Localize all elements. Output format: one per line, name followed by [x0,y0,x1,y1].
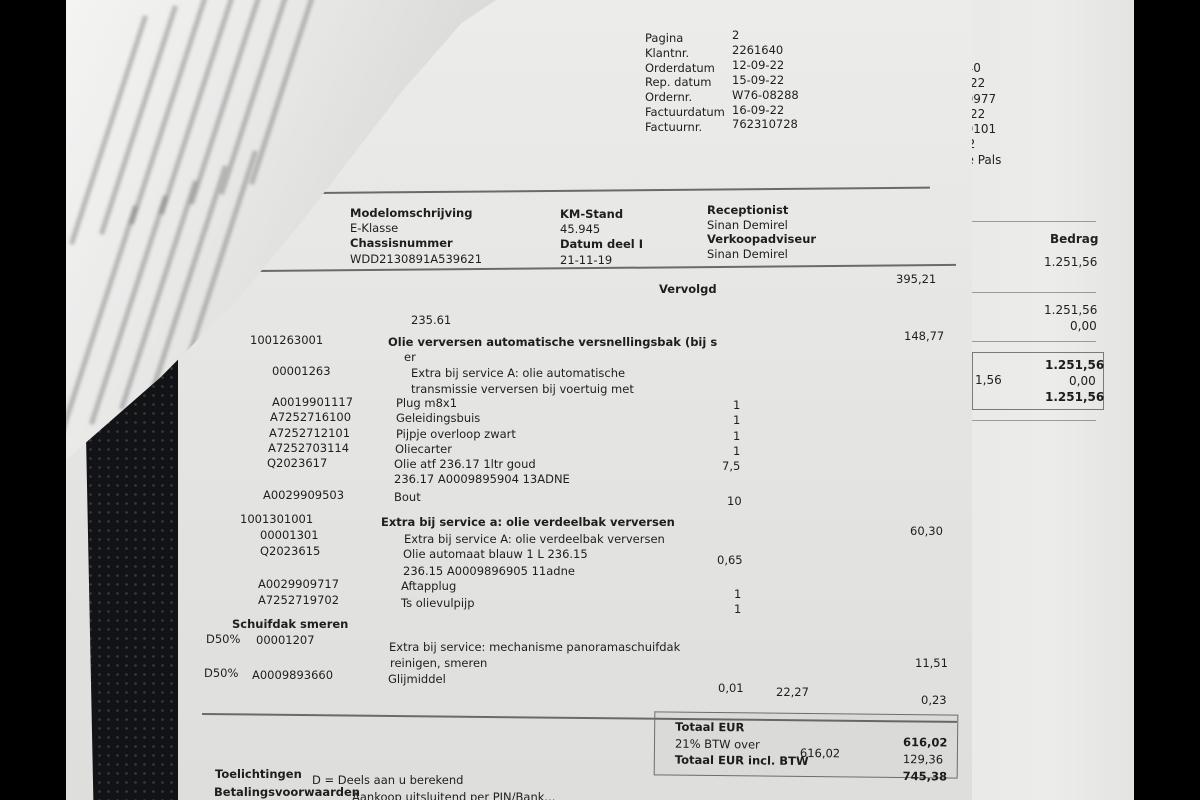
chassis-label: Chassisnummer [350,236,453,250]
header-label: Pagina [645,31,683,45]
line-amount: 11,51 [915,656,948,670]
part-desc: Olie automaat blauw 1 L 236.15 [403,547,588,561]
advisor-value: Sinan Demirel [707,247,788,261]
repair-date: 15-09-22 [732,73,784,87]
back-amount-header: Bedrag [1050,232,1098,246]
model-value: E-Klasse [350,221,398,235]
part-code: A0009893660 [252,668,333,682]
part-desc: Olie atf 236.17 1ltr goud [394,457,536,471]
part-desc: Extra bij service A: olie verdeelbak ver… [404,532,665,546]
order-number: W76-08288 [732,88,799,102]
totals-box: Totaal EUR 21% BTW over Totaal EUR incl.… [654,711,959,778]
date-part1-label: Datum deel I [560,237,643,251]
part-desc: Plug m8x1 [396,396,457,410]
operation-code: 1001263001 [250,333,323,347]
part-code: A0029909503 [263,488,344,502]
continued-amount: 395,21 [896,272,936,286]
discount-flag: D50% [206,632,240,646]
vat-base: 616,02 [800,746,840,760]
reference-note: 235.61 [411,313,451,327]
part-desc: Pijpje overloop zwart [396,427,516,441]
part-qty: 1 [733,398,740,412]
operation-amount: 60,30 [910,524,943,538]
part-qty: 1 [733,413,740,427]
operation-title: Extra bij service a: olie verdeelbak ver… [381,515,675,529]
total-incl-value: 745,38 [903,769,948,783]
terms-label: Betalingsvoorwaarden [214,785,360,799]
part-desc: transmissie verversen bij voertuig met [411,382,634,396]
part-code: A7252719702 [258,593,339,607]
operation-code: 1001301001 [240,512,313,526]
operation-title: Schuifdak smeren [232,617,348,631]
continued-label: Vervolgd [659,282,717,296]
part-desc: Extra bij service A: olie automatische [411,366,625,380]
invoice-date: 16-09-22 [732,103,784,117]
total-value: 616,02 [903,735,948,749]
back-summary-box: 1.251,56 0,00 1.251,56 [972,352,1104,410]
unit-price: 22,27 [776,685,809,699]
header-label: Factuurnr. [645,120,702,134]
header-label: Rep. datum [645,75,712,89]
back-boxed-value: 1.251,56 [1045,358,1104,372]
back-boxed-value: 1.251,56 [1045,390,1104,404]
advisor-label: Verkoopadviseur [707,232,816,246]
terms-value: Aankoop uitsluitend per PIN/Bank... [352,790,555,800]
model-label: Modelomschrijving [350,206,472,220]
back-amount: 1.251,56 [1044,255,1097,269]
part-desc: Ts olievulpijp [401,596,475,610]
date-part1-value: 21-11-19 [560,253,612,267]
part-desc: 236.15 A0009896905 11adne [403,564,575,578]
part-qty: 1 [734,602,741,616]
part-code: A0029909717 [258,577,339,591]
receptionist-label: Receptionist [707,203,788,217]
part-code: 00001207 [256,633,315,647]
part-desc: Bout [394,490,421,504]
part-qty: 1 [733,444,740,458]
customer-number: 2261640 [732,43,783,57]
vat-label: 21% BTW over [675,737,760,752]
receptionist-value: Sinan Demirel [707,218,788,232]
operation-amount: 148,77 [904,329,944,343]
part-code: A7252712101 [269,426,350,440]
back-amount: 0,00 [1070,319,1097,333]
line-amount: 0,23 [921,693,947,707]
order-date: 12-09-22 [732,58,784,72]
part-code: A7252703114 [268,441,349,455]
part-qty: 10 [727,494,742,508]
part-qty: 7,5 [722,459,740,473]
header-label: Factuurdatum [645,105,725,119]
part-qty: 0,01 [718,681,744,695]
part-desc: Geleidingsbuis [396,411,480,425]
operation-title-cont: er [404,350,416,364]
part-desc: 236.17 A0009895904 13ADNE [394,472,570,486]
part-desc: Glijmiddel [388,672,446,686]
back-amount: 1.251,56 [1044,303,1097,317]
total-incl-label: Totaal EUR incl. BTW [675,753,809,768]
part-code: A0019901117 [272,395,353,409]
part-code: 00001301 [260,528,319,542]
part-desc: Extra bij service: mechanisme panoramasc… [389,640,680,654]
part-code: Q2023615 [260,544,320,558]
part-code: 00001263 [272,364,331,378]
chassis-value: WDD2130891A539621 [350,252,482,266]
part-qty: 1 [733,429,740,443]
part-desc: Oliecarter [395,442,452,456]
part-qty: 1 [734,587,741,601]
header-label: Orderdatum [645,61,715,75]
total-label: Totaal EUR [675,720,744,735]
part-qty: 0,65 [717,553,743,567]
header-label: Ordernr. [645,90,692,104]
discount-flag: D50% [204,666,238,680]
back-boxed-value: 0,00 [1069,374,1096,388]
km-label: KM-Stand [560,207,623,221]
notes-label: Toelichtingen [215,767,302,781]
page-number: 2 [732,28,739,42]
invoice-number: 762310728 [732,117,798,131]
part-desc: Aftapplug [401,579,456,593]
km-value: 45.945 [560,222,600,236]
vat-value: 129,36 [903,752,943,766]
part-code: A7252716100 [270,410,351,424]
header-label: Klantnr. [645,46,689,60]
operation-title: Olie verversen automatische versnellings… [388,335,717,349]
part-desc: reinigen, smeren [390,656,487,670]
part-code: Q2023617 [267,456,327,470]
